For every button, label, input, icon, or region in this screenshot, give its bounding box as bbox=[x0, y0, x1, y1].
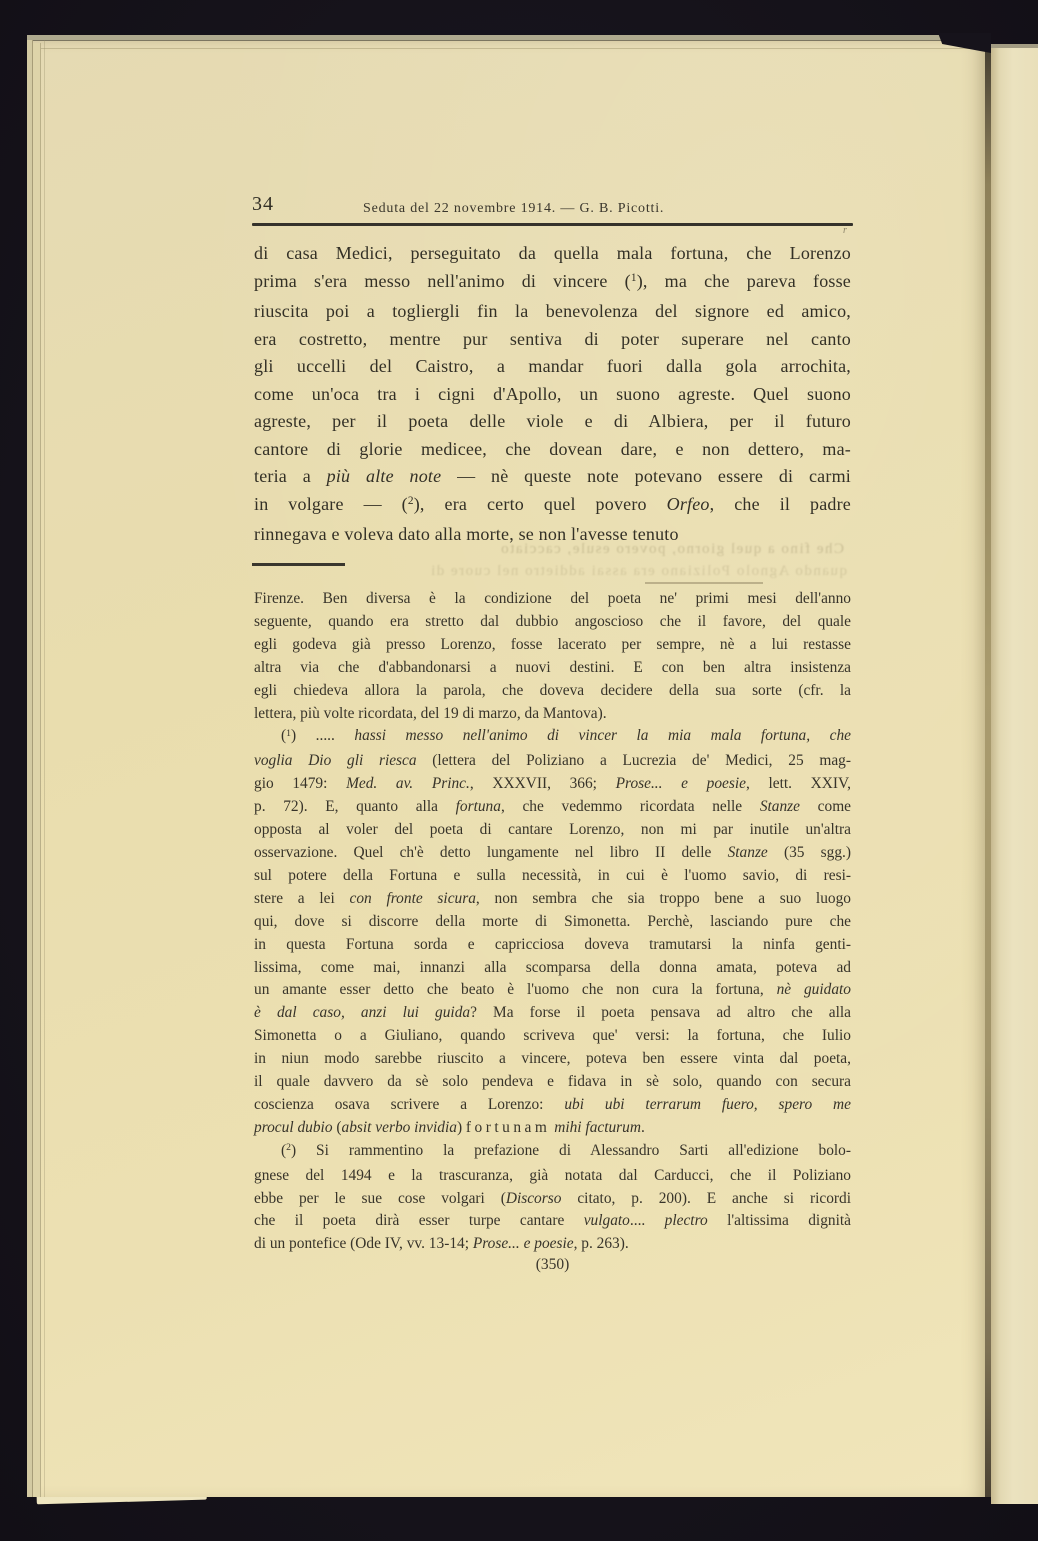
header-rule bbox=[252, 223, 853, 226]
show-through-rule bbox=[645, 582, 763, 584]
text-line: gnese del 1494 e la trascuranza, già not… bbox=[254, 1165, 851, 1188]
page-top-edge bbox=[27, 35, 988, 41]
facing-page-edge bbox=[991, 44, 1038, 1504]
text-line: è dal caso, anzi lui guida? Ma forse il … bbox=[254, 1002, 851, 1025]
text-line: osservazione. Quel ch'è detto lungamente… bbox=[254, 842, 851, 865]
page-left-crease bbox=[44, 40, 45, 1497]
text-line: egli godeva già presso Lorenzo, fosse la… bbox=[254, 634, 851, 657]
text-line: di casa Medici, perseguitato da quella m… bbox=[254, 240, 851, 268]
page-left-inner-edge bbox=[33, 43, 41, 1497]
text-line: lissima, come mai, innanzi alla scompars… bbox=[254, 957, 851, 980]
text-line: seguente, quando era stretto dal dubbio … bbox=[254, 611, 851, 634]
running-header: Seduta del 22 novembre 1914. — G. B. Pic… bbox=[363, 201, 664, 217]
text-line: sul potere della Fortuna e sulla necessi… bbox=[254, 865, 851, 888]
text-line: voglia Dio gli riesca (lettera del Poliz… bbox=[254, 750, 851, 773]
text-line: riuscita poi a togliergli fin la benevol… bbox=[254, 298, 851, 326]
text-line: Simonetta o a Giuliano, quando scriveva … bbox=[254, 1025, 851, 1048]
footnotes: Firenze. Ben diversa è la condizione del… bbox=[254, 588, 851, 1256]
show-through-text: Che fino a quel giorno, povero esule, ca… bbox=[252, 541, 844, 559]
text-line: in questa Fortuna sorda e capricciosa do… bbox=[254, 934, 851, 957]
text-line: ebbe per le sue cose volgari (Discorso c… bbox=[254, 1188, 851, 1211]
text-line: il quale davvero da sè solo pendeva e fi… bbox=[254, 1071, 851, 1094]
text-line: un amante esser detto che beato è l'uomo… bbox=[254, 979, 851, 1002]
text-line: cantore di glorie medicee, che dovean da… bbox=[254, 436, 851, 464]
footnote-separator bbox=[252, 563, 345, 566]
text-line: agreste, per il poeta delle viole e di A… bbox=[254, 408, 851, 436]
book-page: 34 Seduta del 22 novembre 1914. — G. B. … bbox=[27, 35, 988, 1497]
text-line: in volgare — (2), era certo quel povero … bbox=[254, 491, 851, 522]
text-line: gli uccelli del Caistro, a mandar fuori … bbox=[254, 353, 851, 381]
text-line: che il poeta dirà esser turpe cantare vu… bbox=[254, 1210, 851, 1233]
print-artifact: r bbox=[843, 225, 847, 236]
text-line: di un pontefice (Ode IV, vv. 13-14; Pros… bbox=[254, 1233, 851, 1256]
text-line: come un'oca tra i cigni d'Apollo, un suo… bbox=[254, 381, 851, 409]
text-line: p. 72). E, quanto alla fortuna, che vede… bbox=[254, 796, 851, 819]
text-line: (2) Si rammentino la prefazione di Aless… bbox=[254, 1140, 851, 1165]
text-line: prima s'era messo nell'animo di vincere … bbox=[254, 268, 851, 299]
text-line: coscienza osava scrivere a Lorenzo: ubi … bbox=[254, 1094, 851, 1117]
text-line: Firenze. Ben diversa è la condizione del… bbox=[254, 588, 851, 611]
text-line: procul dubio (absit verbo invidia) fortu… bbox=[254, 1117, 851, 1140]
text-line: teria a più alte note — nè queste note p… bbox=[254, 463, 851, 491]
text-line: qui, dove si discorre della morte di Sim… bbox=[254, 911, 851, 934]
page-top-inner-edge bbox=[33, 48, 986, 49]
page-gutter-crease bbox=[985, 35, 991, 1497]
text-line: opposta al voler del poeta di cantare Lo… bbox=[254, 819, 851, 842]
text-line: lettera, più volte ricordata, del 19 di … bbox=[254, 703, 851, 726]
text-line: in niun modo sarebbe riuscito a vincere,… bbox=[254, 1048, 851, 1071]
footer-page-number: (350) bbox=[254, 1256, 851, 1274]
page-number: 34 bbox=[252, 193, 274, 216]
text-line: egli chiedeva allora la parola, che dove… bbox=[254, 680, 851, 703]
text-line: gio 1479: Med. av. Princ., XXXVII, 366; … bbox=[254, 773, 851, 796]
text-line: stere a lei con fronte sicura, non sembr… bbox=[254, 888, 851, 911]
book-photo: 34 Seduta del 22 novembre 1914. — G. B. … bbox=[0, 0, 1038, 1541]
text-line: altra via che d'abbandonarsi a nuovi des… bbox=[254, 657, 851, 680]
show-through-text: quando Agnolo Poliziano era assai addiet… bbox=[387, 563, 847, 580]
main-text: di casa Medici, perseguitato da quella m… bbox=[254, 240, 851, 549]
text-line: era costretto, mentre pur sentiva di pot… bbox=[254, 326, 851, 354]
text-line: (1) ..... hassi messo nell'animo di vinc… bbox=[254, 725, 851, 750]
